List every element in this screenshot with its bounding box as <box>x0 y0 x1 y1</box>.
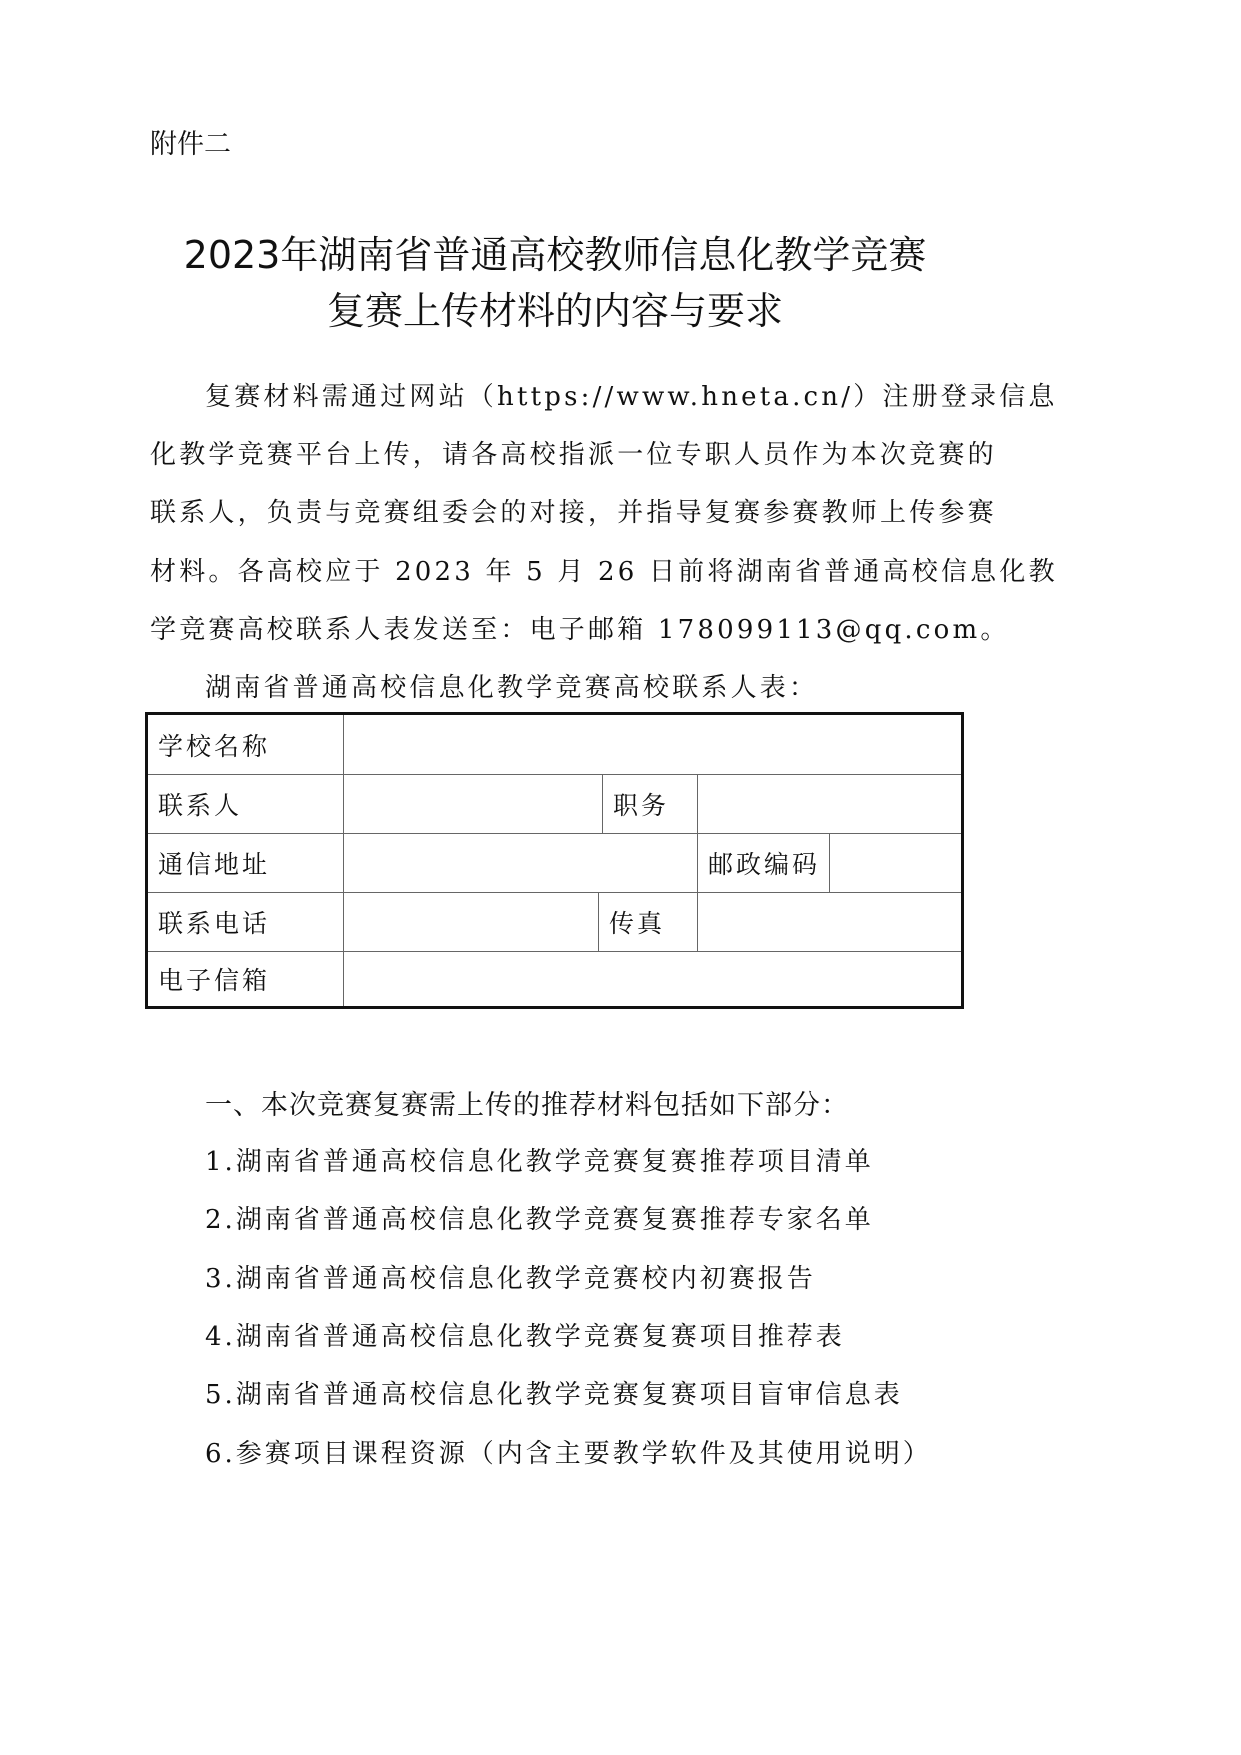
fax-label: 传真 <box>599 893 698 952</box>
material-item-5: 5.湖南省普通高校信息化教学竞赛复赛项目盲审信息表 <box>205 1374 903 1411</box>
intro-paragraph-line-1: 复赛材料需通过网站（https://www.hneta.cn/）注册登录信息 <box>205 376 1058 413</box>
fax-field[interactable] <box>698 893 961 952</box>
material-item-4: 4.湖南省普通高校信息化教学竞赛复赛项目推荐表 <box>205 1316 845 1353</box>
contact-person-label: 联系人 <box>148 775 344 834</box>
postal-code-field[interactable] <box>830 834 961 893</box>
contact-table: 学校名称 联系人 职务 通信地址 邮政编码 联系电话 传真 电子信箱 <box>145 712 964 1009</box>
contact-person-field[interactable] <box>344 775 603 834</box>
material-item-2: 2.湖南省普通高校信息化教学竞赛复赛推荐专家名单 <box>205 1199 874 1236</box>
postal-code-label: 邮政编码 <box>698 834 830 893</box>
intro-paragraph-line-4: 材料。各高校应于 2023 年 5 月 26 日前将湖南省普通高校信息化教 <box>150 551 1058 588</box>
phone-field[interactable] <box>344 893 599 952</box>
material-item-6: 6.参赛项目课程资源（内含主要教学软件及其使用说明） <box>205 1433 932 1470</box>
attachment-label: 附件二 <box>150 122 231 161</box>
section-1-heading: 一、本次竞赛复赛需上传的推荐材料包括如下部分： <box>205 1083 849 1122</box>
document-title-line-2: 复赛上传材料的内容与要求 <box>0 280 1110 335</box>
position-field[interactable] <box>698 775 961 834</box>
intro-paragraph-line-2: 化教学竞赛平台上传，请各高校指派一位专职人员作为本次竞赛的 <box>150 434 997 471</box>
email-field[interactable] <box>344 952 961 1006</box>
material-item-3: 3.湖南省普通高校信息化教学竞赛校内初赛报告 <box>205 1258 816 1295</box>
table-caption: 湖南省普通高校信息化教学竞赛高校联系人表： <box>205 667 818 704</box>
material-item-1: 1.湖南省普通高校信息化教学竞赛复赛推荐项目清单 <box>205 1141 874 1178</box>
intro-paragraph-line-5: 学竞赛高校联系人表发送至：电子邮箱 178099113@qq.com。 <box>150 609 1010 646</box>
intro-paragraph-line-3: 联系人，负责与竞赛组委会的对接，并指导复赛参赛教师上传参赛 <box>150 492 997 529</box>
position-label: 职务 <box>603 775 698 834</box>
address-label: 通信地址 <box>148 834 344 893</box>
school-name-label: 学校名称 <box>148 715 344 775</box>
email-label: 电子信箱 <box>148 952 344 1006</box>
document-title-line-1: 2023年湖南省普通高校教师信息化教学竞赛 <box>0 224 1110 279</box>
address-field[interactable] <box>344 834 698 893</box>
phone-label: 联系电话 <box>148 893 344 952</box>
school-name-field[interactable] <box>344 715 961 775</box>
